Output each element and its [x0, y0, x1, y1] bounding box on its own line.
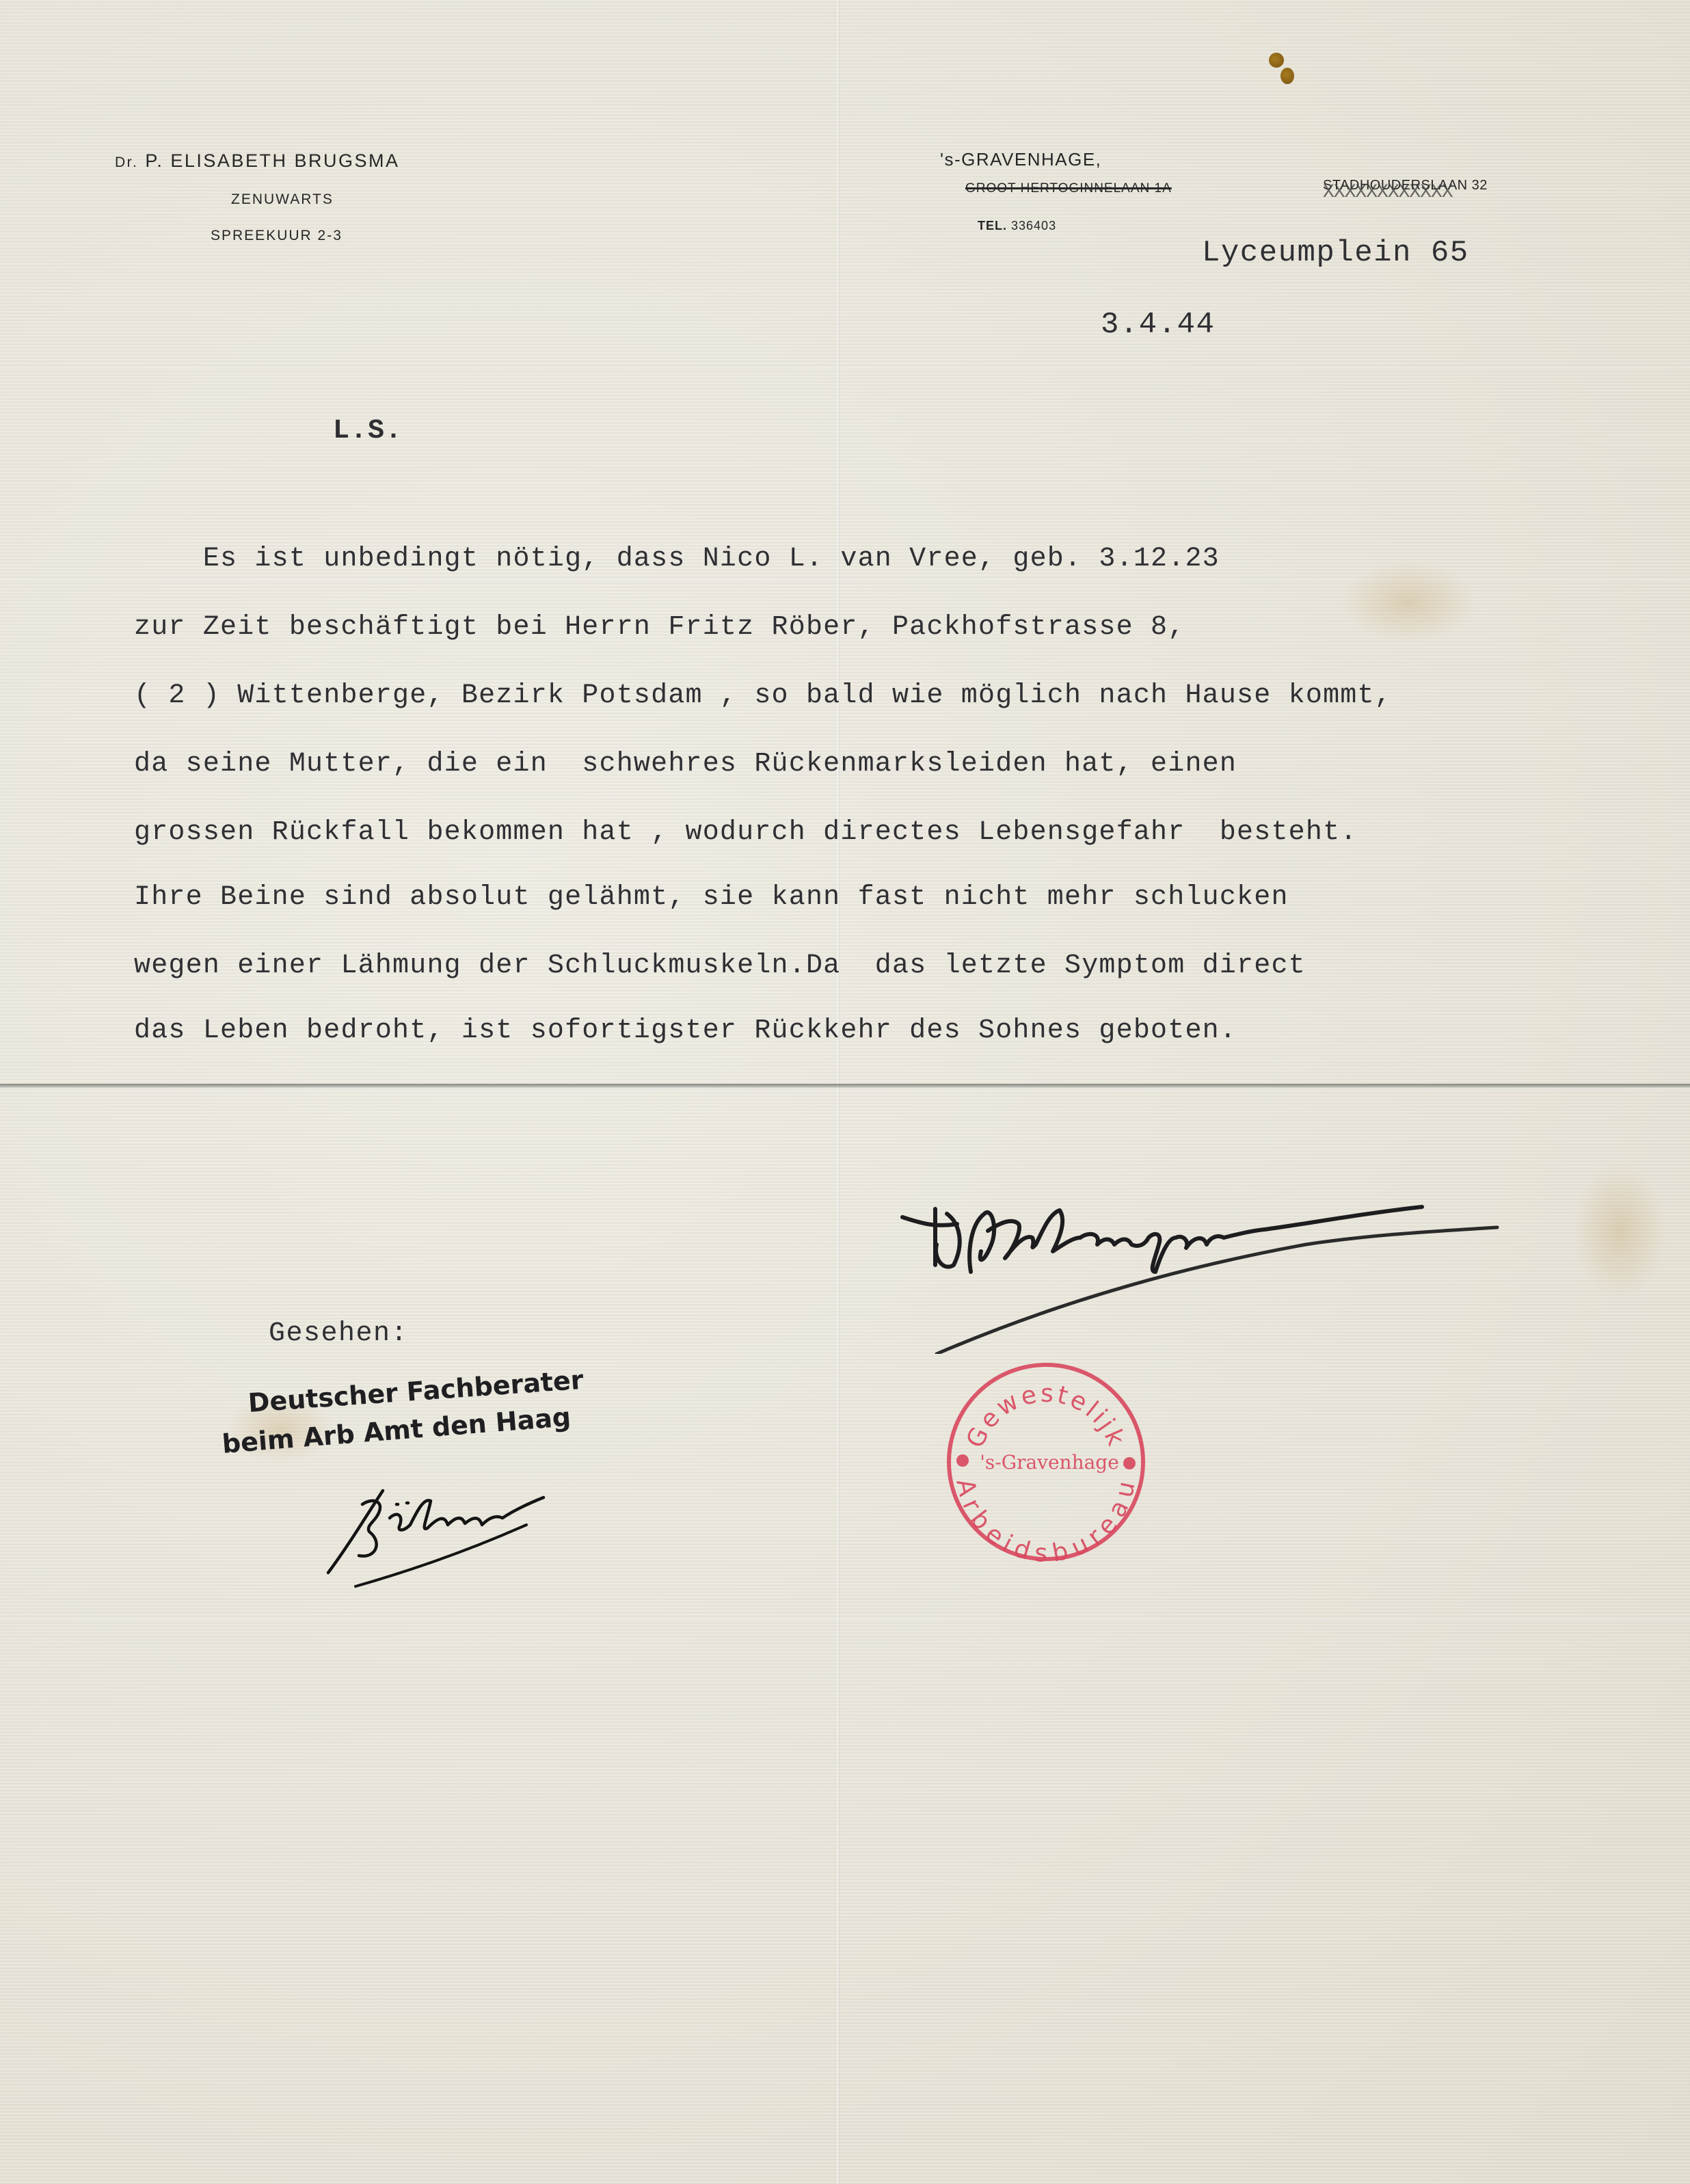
- body-line-3: ( 2 ) Wittenberge, Bezirk Potsdam , so b…: [134, 680, 1392, 711]
- letterhead-specialty: ZENUWARTS: [231, 191, 334, 208]
- paper-stain: [1340, 561, 1477, 643]
- ink-spot: [1280, 68, 1294, 84]
- horizontal-crease-bottom: [0, 1617, 1690, 1621]
- letterhead-office-hours: SPREEKUUR 2-3: [211, 228, 343, 244]
- arbeidsbureau-stamp: Gewestelijk Arbeidsbureau 's-Gravenhage: [943, 1359, 1149, 1564]
- body-line-5: grossen Rückfall bekommen hat , wodurch …: [134, 817, 1357, 848]
- letter-date: 3.4.44: [1101, 308, 1215, 342]
- body-line-8: das Leben bedroht, ist sofortigster Rück…: [134, 1015, 1237, 1046]
- letterhead-old-address-struck: GROOT HERTOGINNELAAN 1A: [965, 181, 1172, 196]
- body-line-7: wegen einer Lähmung der Schluckmuskeln.D…: [134, 950, 1306, 981]
- svg-text:Arbeidsbureau: Arbeidsbureau: [950, 1476, 1141, 1564]
- ink-spot: [1269, 53, 1284, 68]
- letterhead-second-address-struck: STADHOUDERSLAAN 32 XXXXXXXXXXXX: [1323, 178, 1488, 194]
- doctor-signature: [896, 1197, 1511, 1354]
- endorsement-label: Gesehen:: [269, 1318, 408, 1349]
- vertical-fold-line: [835, 0, 840, 2184]
- new-address: Lyceumplein 65: [1202, 236, 1469, 270]
- letterhead-telephone: TEL. 336403: [978, 219, 1056, 233]
- svg-text:Gewestelijk: Gewestelijk: [961, 1380, 1131, 1452]
- body-line-6: Ihre Beine sind absolut gelähmt, sie kan…: [134, 882, 1289, 913]
- strike-overtype: XXXXXXXXXXXX: [1323, 182, 1453, 203]
- svg-text:'s-Gravenhage: 's-Gravenhage: [980, 1451, 1119, 1474]
- paper-stain: [1572, 1162, 1668, 1299]
- body-line-1: Es ist unbedingt nötig, dass Nico L. van…: [134, 544, 1220, 574]
- horizontal-crease-top: [0, 366, 1690, 370]
- body-line-2: zur Zeit beschäftigt bei Herrn Fritz Röb…: [134, 612, 1185, 643]
- salutation: L.S.: [333, 416, 403, 447]
- horizontal-fold-line: [0, 1084, 1690, 1089]
- official-signature: Böhme: [308, 1477, 567, 1593]
- body-line-4: da seine Mutter, die ein schwehres Rücke…: [134, 749, 1237, 780]
- letterhead-doctor-name: Dr. P. ELISABETH BRUGSMA: [115, 150, 399, 172]
- letterhead-city: 's-GRAVENHAGE,: [940, 149, 1101, 170]
- paper-background: [0, 0, 1690, 2184]
